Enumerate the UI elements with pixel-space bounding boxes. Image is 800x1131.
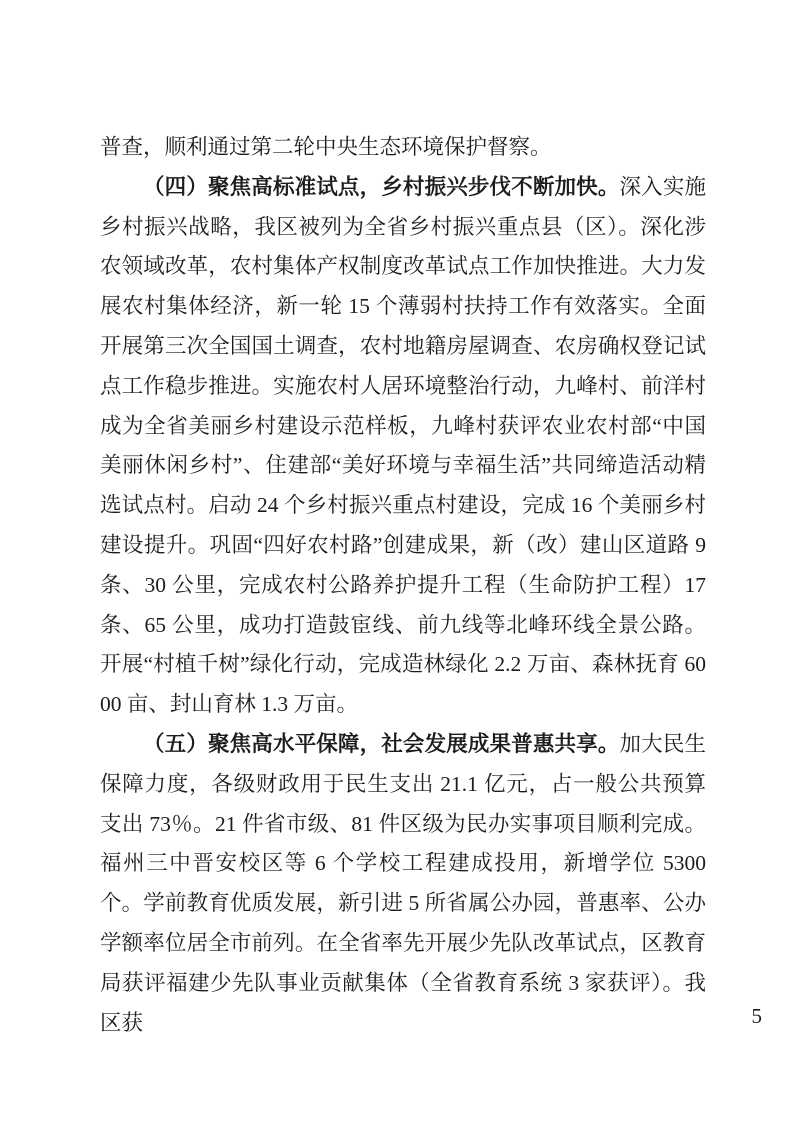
- section-heading-5: （五）聚焦高水平保障，社会发展成果普惠共享。: [143, 732, 620, 756]
- paragraph-text: 深入实施乡村振兴战略，我区被列为全省乡村振兴重点县（区）。深化涉农领域改革，农村…: [100, 175, 706, 716]
- paragraph-section-5: （五）聚焦高水平保障，社会发展成果普惠共享。加大民生保障力度，各级财政用于民生支…: [100, 725, 706, 1043]
- paragraph-text: 加大民生保障力度，各级财政用于民生支出 21.1 亿元，占一般公共预算支出 73…: [100, 732, 706, 1035]
- paragraph-section-4: （四）聚焦高标准试点，乡村振兴步伐不断加快。深入实施乡村振兴战略，我区被列为全省…: [100, 168, 706, 725]
- paragraph-text: 普查，顺利通过第二轮中央生态环境保护督察。: [100, 135, 552, 159]
- document-body: 普查，顺利通过第二轮中央生态环境保护督察。 （四）聚焦高标准试点，乡村振兴步伐不…: [100, 128, 706, 1043]
- paragraph-continuation: 普查，顺利通过第二轮中央生态环境保护督察。: [100, 128, 706, 168]
- document-page: 普查，顺利通过第二轮中央生态环境保护督察。 （四）聚焦高标准试点，乡村振兴步伐不…: [0, 0, 800, 1131]
- section-heading-4: （四）聚焦高标准试点，乡村振兴步伐不断加快。: [143, 175, 620, 199]
- page-number: 5: [752, 1002, 763, 1030]
